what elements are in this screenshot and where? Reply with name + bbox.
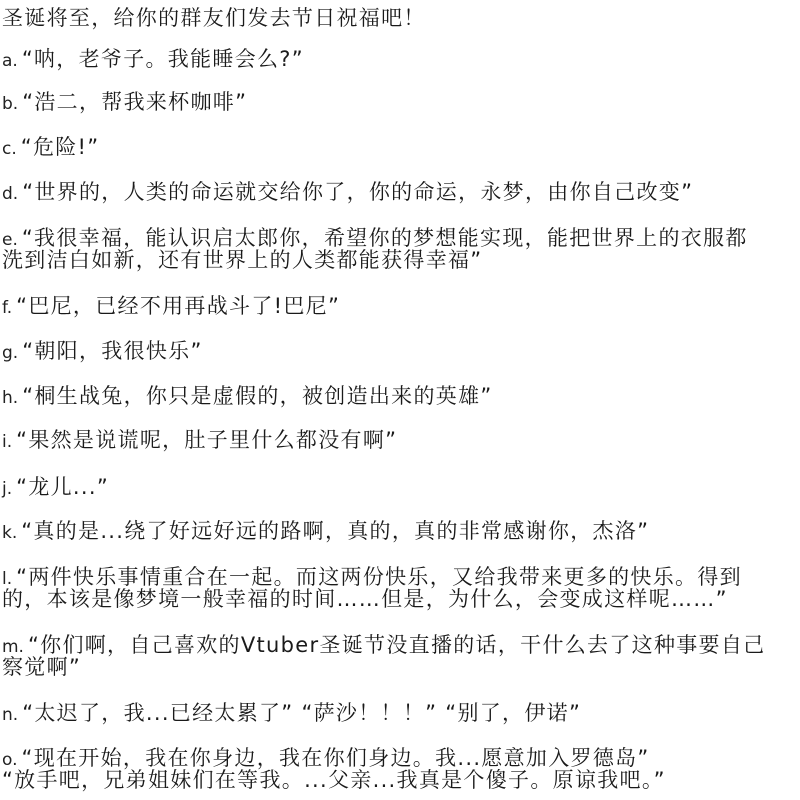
quote-text: “浩二，帮我来杯咖啡” bbox=[22, 90, 247, 114]
quote-text: “果然是说谎呢，肚子里什么都没有啊” bbox=[16, 428, 397, 452]
quote-text: “龙儿...” bbox=[16, 475, 109, 499]
quote-text-continued: 洗到洁白如新，还有世界上的人类都能获得幸福” bbox=[2, 248, 482, 272]
quote-text-continued: “放手吧，兄弟姐妹们在等我。...父亲...我真是个傻子。原谅我吧。” bbox=[2, 768, 666, 792]
item-label: j. bbox=[2, 477, 12, 501]
quote-text: “太迟了，我...已经太累了” “萨沙！！！” “别了，伊诺” bbox=[22, 701, 581, 725]
greeting-document: 圣诞将至，给你的群友们发去节日祝福吧！ a.“呐，老爷子。我能睡会么?” b.“… bbox=[0, 0, 800, 800]
quote-text: “我很幸福，能认识启太郎你，希望你的梦想能实现，能把世界上的衣服都 bbox=[22, 226, 748, 250]
item-label: h. bbox=[2, 386, 18, 410]
quote-text: “呐，老爷子。我能睡会么?” bbox=[22, 47, 304, 71]
document-title: 圣诞将至，给你的群友们发去节日祝福吧！ bbox=[2, 6, 426, 30]
item-label: n. bbox=[2, 703, 18, 727]
item-label: b. bbox=[2, 92, 18, 116]
item-label: d. bbox=[2, 182, 18, 206]
quote-text: “桐生战兔，你只是虚假的，被创造出来的英雄” bbox=[22, 384, 492, 408]
item-label: g. bbox=[2, 341, 18, 365]
quote-text: “巴尼，已经不用再战斗了!巴尼” bbox=[16, 294, 340, 318]
quote-text: “真的是...绕了好远好远的路啊，真的，真的非常感谢你，杰洛” bbox=[21, 519, 649, 543]
item-label: a. bbox=[2, 49, 18, 73]
quote-text: “朝阳，我很快乐” bbox=[22, 339, 202, 363]
item-label: f. bbox=[2, 296, 12, 320]
item-label: k. bbox=[2, 521, 17, 545]
quote-text-continued: 察觉啊” bbox=[2, 655, 81, 679]
quote-text: “世界的，人类的命运就交给你了，你的命运，永梦，由你自己改变” bbox=[22, 180, 693, 204]
item-label: c. bbox=[2, 137, 17, 161]
quote-text: “危险!” bbox=[21, 135, 100, 159]
quote-text: “现在开始，我在你身边，我在你们身边。我...愿意加入罗德岛” bbox=[22, 746, 650, 770]
quote-text: “两件快乐事情重合在一起。而这两份快乐，又给我带来更多的快乐。得到 bbox=[16, 565, 742, 589]
quote-text: “你们啊，自己喜欢的Vtuber圣诞节没直播的话，干什么去了这种事要自己 bbox=[28, 633, 765, 657]
quote-text-continued: 的，本该是像梦境一般幸福的时间……但是，为什么，会变成这样呢……” bbox=[2, 587, 728, 611]
item-label: i. bbox=[2, 430, 12, 454]
